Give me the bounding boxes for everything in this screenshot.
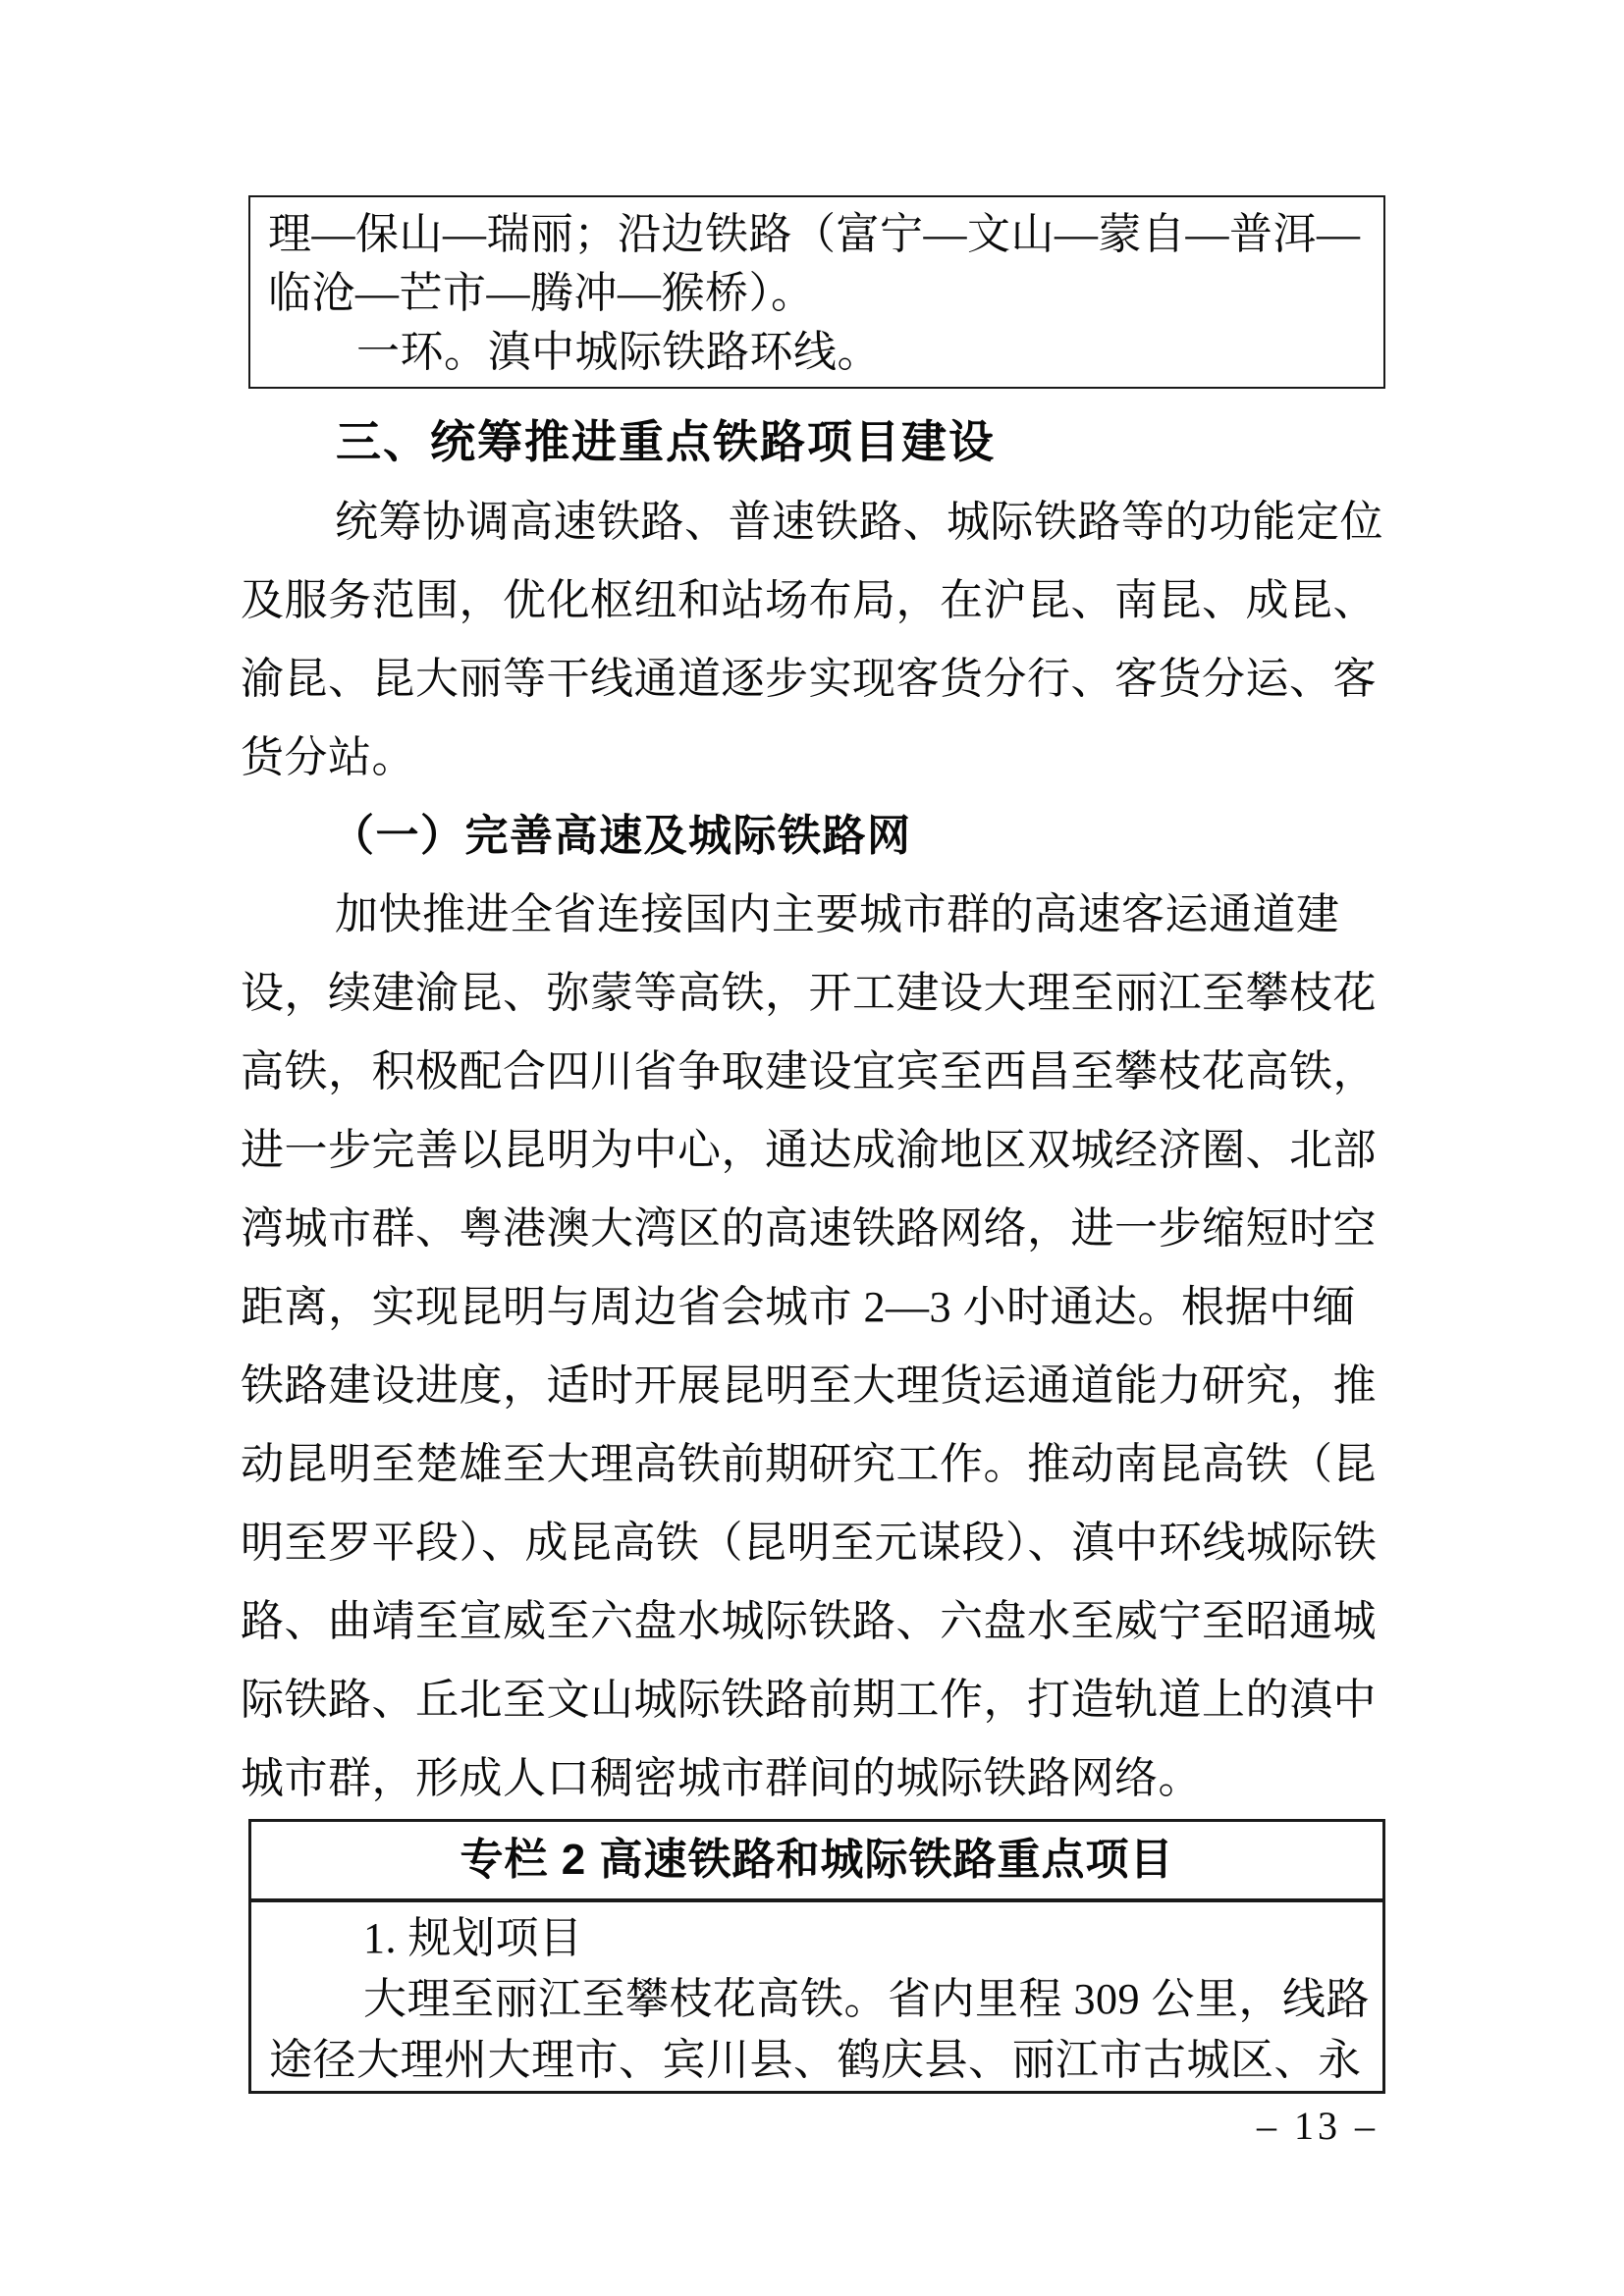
text-line: 距离，实现昆明与周边省会城市 2—3 小时通达。根据中缅 [241,1268,1478,1347]
text-line: 铁路建设进度，适时开展昆明至大理货运通道能力研究，推 [241,1347,1478,1425]
text-line: 货分站。 [241,719,1478,797]
text-line: 际铁路、丘北至文山城际铁路前期工作，打造轨道上的滇中 [241,1661,1478,1739]
text-line: 高铁，积极配合四川省争取建设宜宾至西昌至攀枝花高铁， [241,1033,1478,1111]
text-line: 途径大理州大理市、宾川县、鹤庆县、丽江市古城区、永 [269,2030,1367,2091]
paragraph-highspeed-network: 加快推进全省连接国内主要城市群的高速客运通道建设，续建渝昆、弥蒙等高铁，开工建设… [241,876,1478,1818]
text-line: 大理至丽江至攀枝花高铁。省内里程 309 公里，线路 [269,1969,1367,2030]
text-line: 1. 规划项目 [269,1908,1367,1969]
text-line: 进一步完善以昆明为中心，通达成渝地区双城经济圈、北部 [241,1111,1478,1190]
document-page: 理—保山—瑞丽；沿边铁路（富宁—文山—蒙自—普洱—临沧—芒市—腾冲—猴桥）。一环… [0,0,1624,2296]
text-line: 动昆明至楚雄至大理高铁前期研究工作。推动南昆高铁（昆 [241,1425,1478,1504]
text-line: 明至罗平段）、成昆高铁（昆明至元谋段）、滇中环线城际铁 [241,1504,1478,1582]
text-line: 统筹协调高速铁路、普速铁路、城际铁路等的功能定位 [241,483,1478,561]
text-line: 临沧—芒市—腾冲—猴桥）。 [268,264,1368,323]
text-line: 加快推进全省连接国内主要城市群的高速客运通道建 [241,876,1478,954]
page-number: – 13 – [1239,2103,1396,2150]
text-line: 路、曲靖至宣威至六盘水城际铁路、六盘水至威宁至昭通城 [241,1582,1478,1661]
column-box-title: 专栏 2 高速铁路和城际铁路重点项目 [251,1822,1382,1902]
text-line: 湾城市群、粤港澳大湾区的高速铁路网络，进一步缩短时空 [241,1190,1478,1268]
column-box-body: 1. 规划项目大理至丽江至攀枝花高铁。省内里程 309 公里，线路途径大理州大理… [251,1902,1382,2091]
sub-heading: （一）完善高速及城际铁路网 [241,797,1517,876]
text-line: 理—保山—瑞丽；沿边铁路（富宁—文山—蒙自—普洱— [268,205,1368,264]
text-line: 设，续建渝昆、弥蒙等高铁，开工建设大理至丽江至攀枝花 [241,954,1478,1033]
text-line: 渝昆、昆大丽等干线通道逐步实现客货分行、客货分运、客 [241,640,1478,719]
text-line: 城市群，形成人口稠密城市群间的城际铁路网络。 [241,1739,1478,1818]
section-heading: 三、统筹推进重点铁路项目建设 [241,400,1517,483]
paragraph-overview: 统筹协调高速铁路、普速铁路、城际铁路等的功能定位及服务范围，优化枢纽和站场布局，… [241,483,1478,797]
text-line: 一环。滇中城际铁路环线。 [268,323,1368,382]
text-line: 及服务范围，优化枢纽和站场布局，在沪昆、南昆、成昆、 [241,561,1478,640]
column-box-2: 专栏 2 高速铁路和城际铁路重点项目 1. 规划项目大理至丽江至攀枝花高铁。省内… [248,1819,1385,2094]
railway-lines-box: 理—保山—瑞丽；沿边铁路（富宁—文山—蒙自—普洱—临沧—芒市—腾冲—猴桥）。一环… [248,195,1385,389]
